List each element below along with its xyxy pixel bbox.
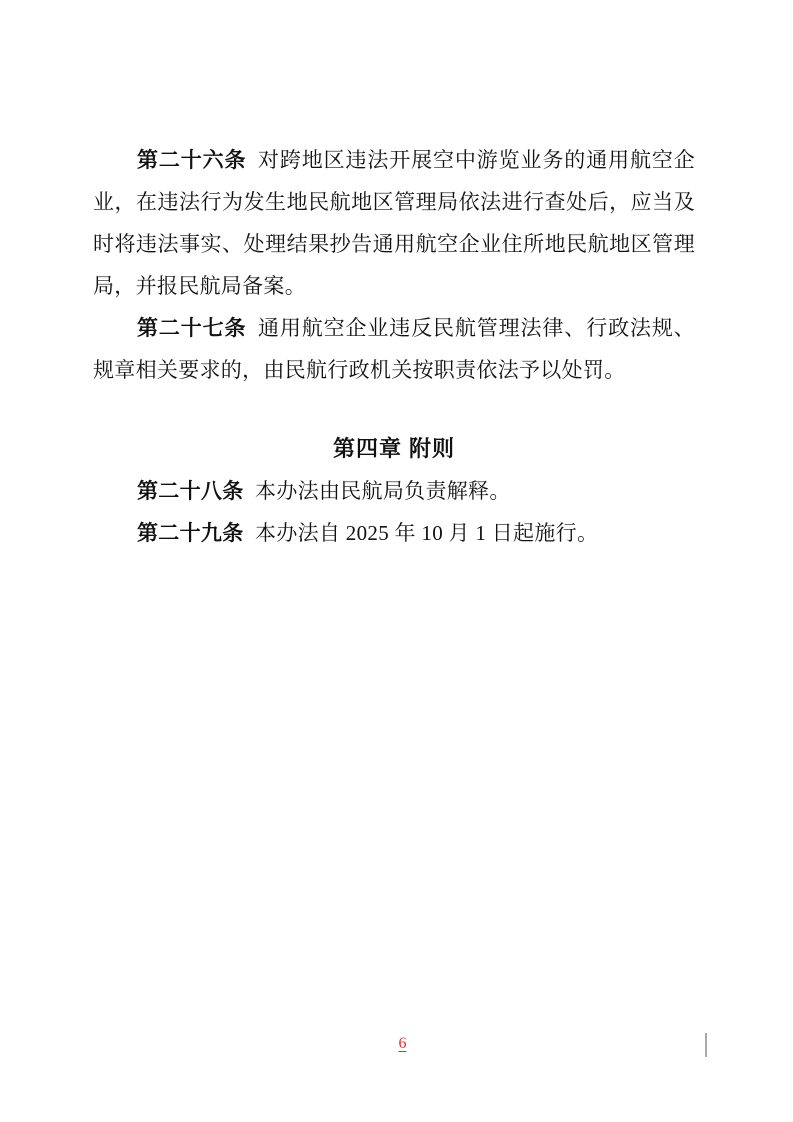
text-line-content: 本办法由民航局负责解释。 [255,479,511,503]
article-28-paragraph: 第二十八条本办法由民航局负责解释。 [93,470,695,512]
text-line: 第二十九条本办法自 2025 年 10 月 1 日起施行。 [93,512,695,554]
article-27-paragraph: 第二十七条通用航空企业违反民航管理法律、行政法规、 规章相关要求的，由民航行政机… [93,307,695,391]
text-line: 业，在违法行为发生地民航地区管理局依法进行查处后，应当及 [93,181,695,223]
page-number: 6 [399,1034,407,1054]
text-line-content: 时将违法事实、处理结果抄告通用航空企业住所地民航地区管理 [93,232,695,256]
article-number: 第二十七条 [137,316,246,340]
text-line-content: 业，在违法行为发生地民航地区管理局依法进行查处后，应当及 [93,190,695,214]
text-line-content: 局，并报民航局备案。 [93,274,306,298]
vertical-line-mark [705,1033,707,1057]
article-number: 第二十六条 [137,148,246,172]
chapter-heading: 第四章 附则 [93,428,695,470]
text-line: 局，并报民航局备案。 [93,265,695,307]
page-footer: 6 [0,1034,793,1054]
article-26-paragraph: 第二十六条对跨地区违法开展空中游览业务的通用航空企 业，在违法行为发生地民航地区… [93,139,695,307]
text-line: 规章相关要求的，由民航行政机关按职责依法予以处罚。 [93,349,695,391]
text-line-content: 对跨地区违法开展空中游览业务的通用航空企 [258,148,695,172]
text-line: 第二十七条通用航空企业违反民航管理法律、行政法规、 [93,307,695,349]
text-line-content: 规章相关要求的，由民航行政机关按职责依法予以处罚。 [93,358,626,382]
text-line-content: 通用航空企业违反民航管理法律、行政法规、 [258,316,695,340]
text-line-content: 本办法自 2025 年 10 月 1 日起施行。 [255,521,598,545]
text-line: 时将违法事实、处理结果抄告通用航空企业住所地民航地区管理 [93,223,695,265]
text-line: 第二十六条对跨地区违法开展空中游览业务的通用航空企 [93,139,695,181]
article-number: 第二十八条 [137,479,244,503]
article-29-paragraph: 第二十九条本办法自 2025 年 10 月 1 日起施行。 [93,512,695,554]
document-body: 第二十六条对跨地区违法开展空中游览业务的通用航空企 业，在违法行为发生地民航地区… [93,139,695,554]
document-page: 第二十六条对跨地区违法开展空中游览业务的通用航空企 业，在违法行为发生地民航地区… [0,0,793,1122]
article-number: 第二十九条 [137,521,244,545]
text-line: 第二十八条本办法由民航局负责解释。 [93,470,695,512]
